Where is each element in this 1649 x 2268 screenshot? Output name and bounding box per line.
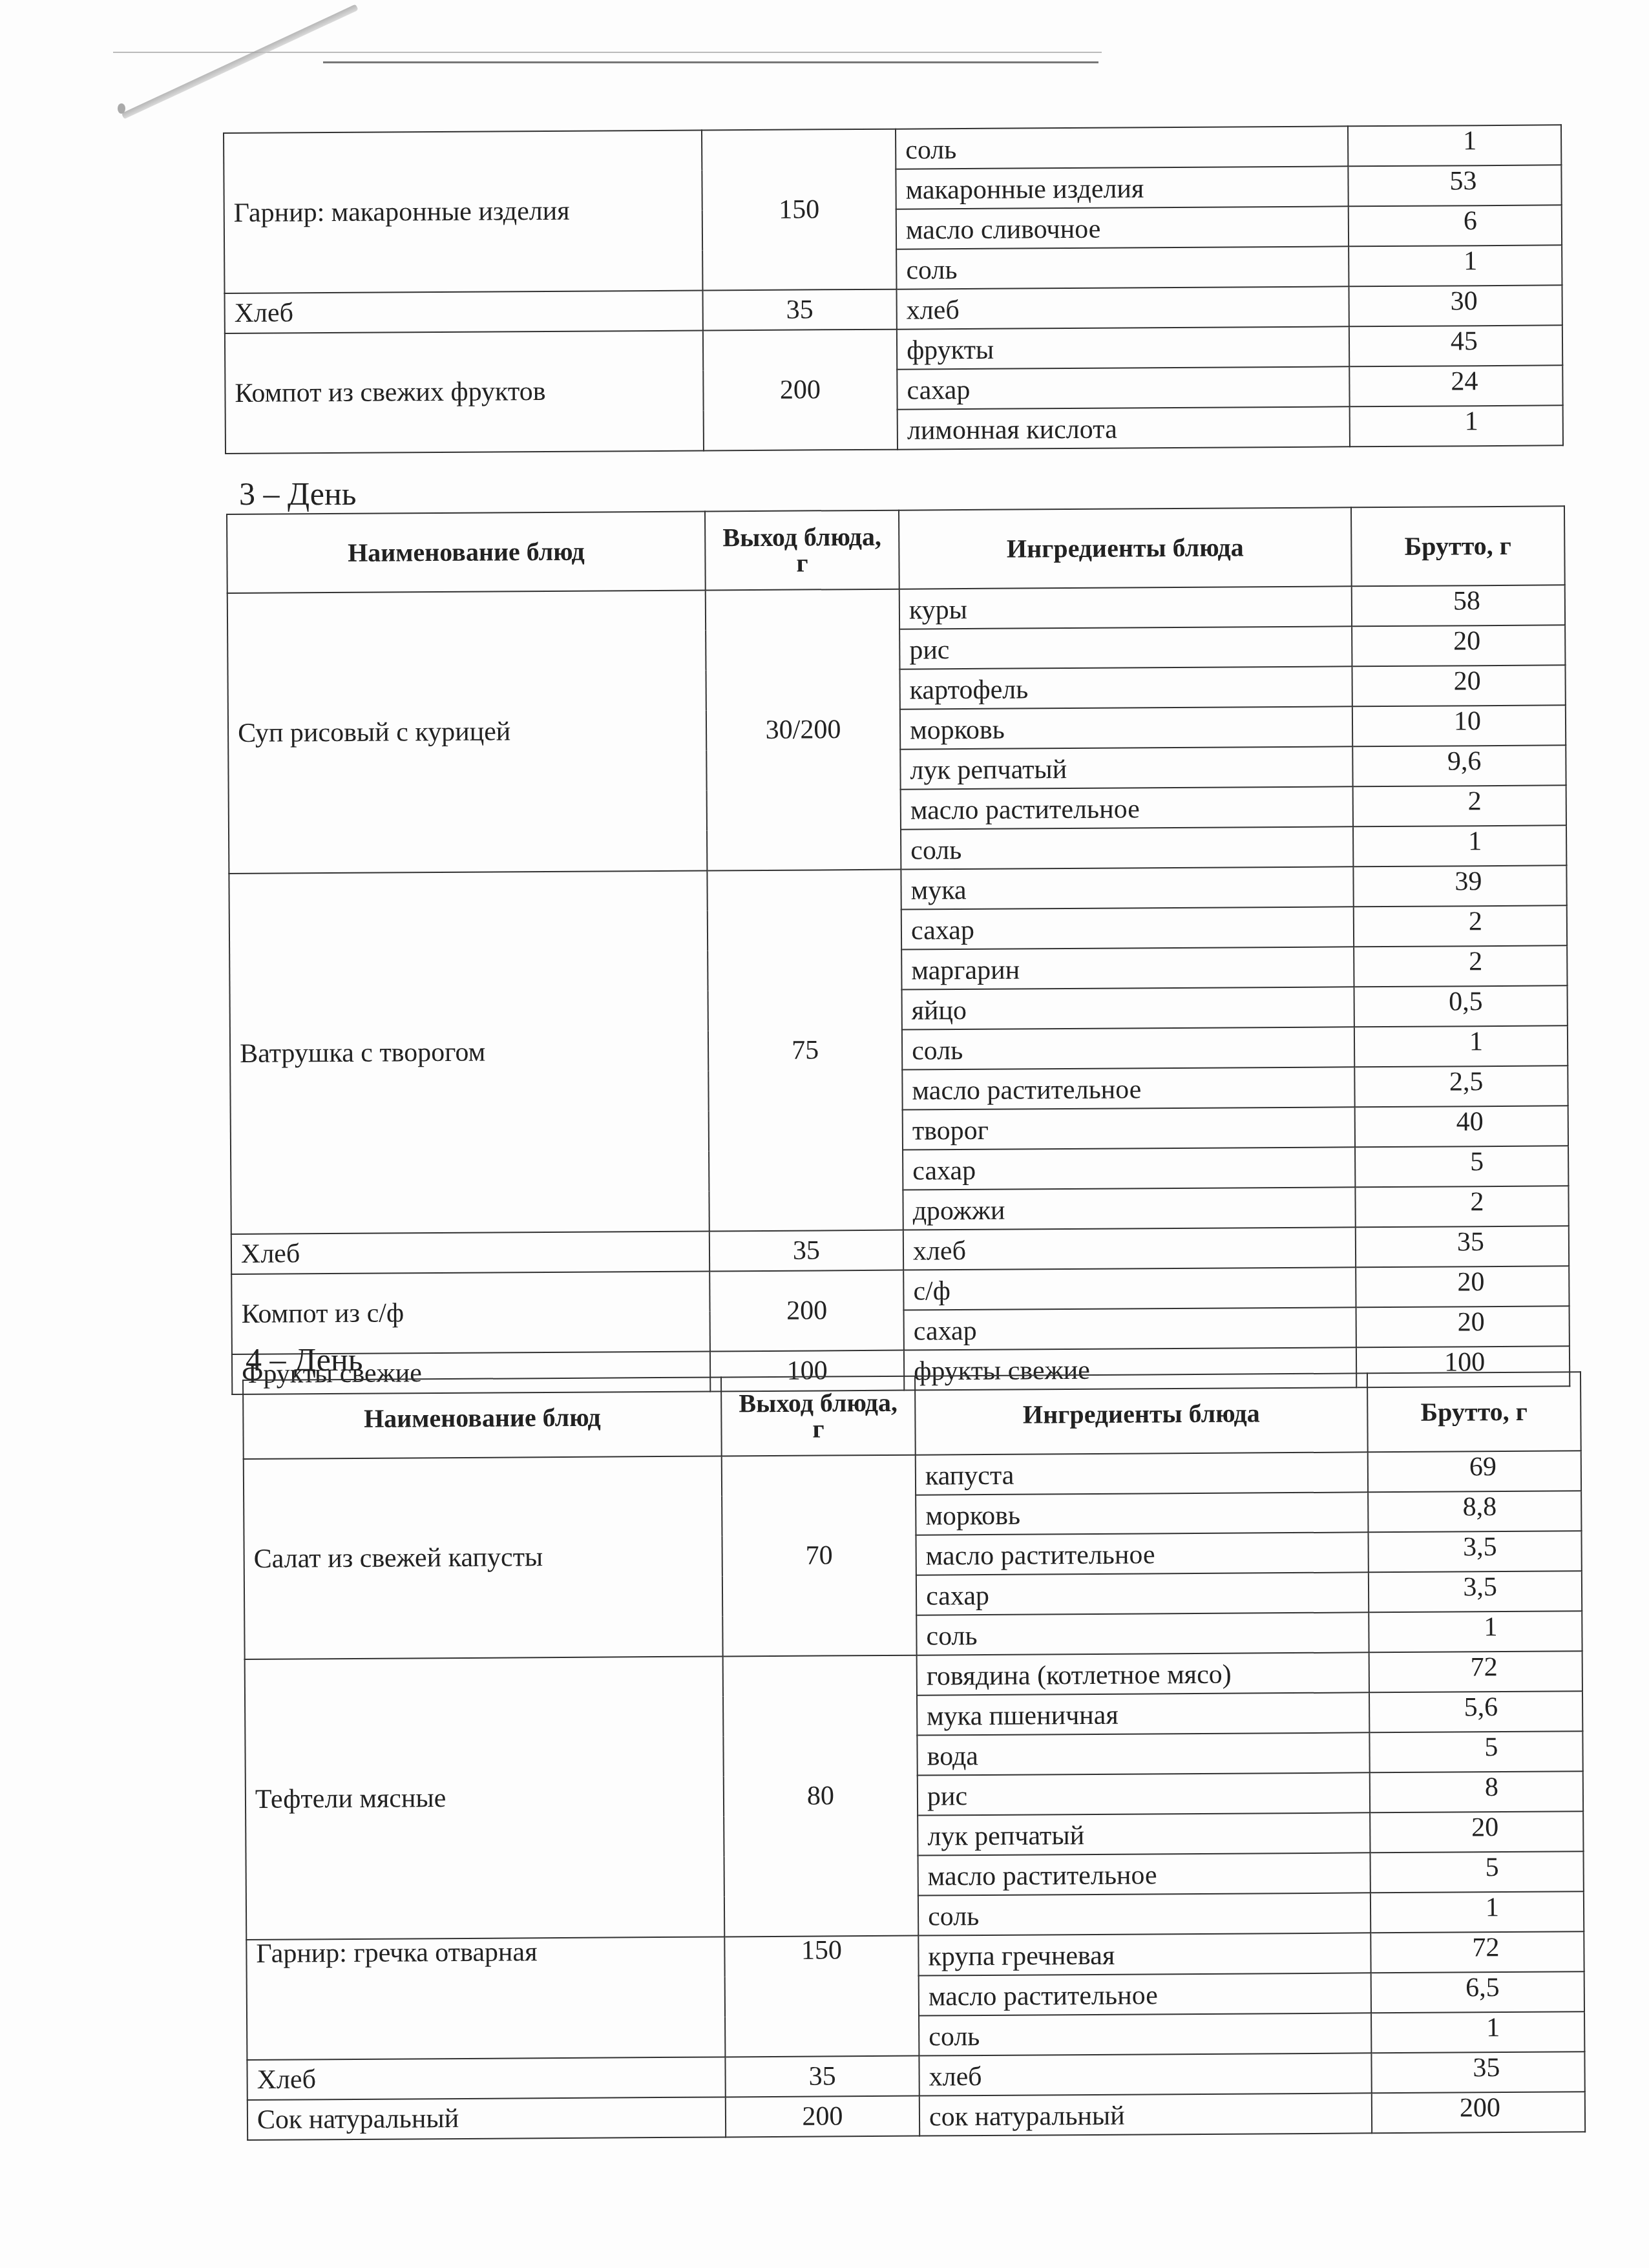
column-header-ingredients: Ингредиенты блюда <box>899 507 1352 589</box>
ingredient-name: лимонная кислота <box>898 406 1350 449</box>
ingredient-name: дрожжи <box>903 1187 1355 1230</box>
table-header-row: Наименование блюдВыход блюда, гИнгредиен… <box>243 1372 1581 1459</box>
ingredient-name: говядина (котлетное мясо) <box>917 1652 1369 1695</box>
dish-name: Гарнир: гречка отварная <box>246 1937 725 2060</box>
ingredient-gross-weight: 8,8 <box>1368 1491 1581 1532</box>
ingredient-gross-weight: 8 <box>1370 1771 1583 1812</box>
dish-name: Салат из свежей капусты <box>244 1456 723 1659</box>
ingredient-gross-weight: 40 <box>1355 1106 1568 1147</box>
ingredient-gross-weight: 35 <box>1356 1226 1569 1267</box>
dish-yield: 75 <box>707 870 903 1232</box>
dish-yield: 35 <box>703 289 897 331</box>
dish-name: Хлеб <box>247 2057 725 2100</box>
ingredient-gross-weight: 5 <box>1371 1851 1584 1893</box>
dish-yield: 150 <box>702 129 897 291</box>
column-header-gross: Брутто, г <box>1351 506 1565 586</box>
ingredient-gross-weight: 58 <box>1352 585 1565 626</box>
ingredient-name: сахар <box>897 366 1349 409</box>
ingredient-gross-weight: 1 <box>1371 2011 1584 2053</box>
ingredient-name: лук репчатый <box>900 746 1352 789</box>
ingredient-gross-weight: 24 <box>1349 365 1562 406</box>
ingredient-gross-weight: 200 <box>1372 2092 1585 2133</box>
ingredient-name: хлеб <box>903 1227 1356 1270</box>
ingredient-gross-weight: 39 <box>1353 865 1566 907</box>
dish-name: Тефтели мясные <box>245 1656 725 1940</box>
column-header-dish: Наименование блюд <box>227 511 706 593</box>
ingredient-name: сахар <box>904 1307 1356 1350</box>
ingredient-name: соль <box>918 1893 1371 1935</box>
ingredient-name: соль <box>896 126 1348 169</box>
ingredient-name: сахар <box>916 1572 1369 1615</box>
ingredient-gross-weight: 53 <box>1348 165 1561 206</box>
column-header-dish: Наименование блюд <box>243 1377 722 1459</box>
ingredient-name: фрукты <box>897 326 1349 369</box>
ingredient-name: соль <box>901 826 1353 869</box>
ingredient-gross-weight: 3,5 <box>1368 1531 1581 1572</box>
day3-menu-table: Наименование блюдВыход блюда, гИнгредиен… <box>226 505 1570 1395</box>
dish-name: Компот из свежих фруктов <box>225 330 704 454</box>
ingredient-name: с/ф <box>903 1267 1356 1310</box>
day3-title: 3 – День <box>239 475 356 512</box>
ingredient-gross-weight: 6 <box>1349 205 1562 246</box>
ingredient-gross-weight: 2 <box>1355 1186 1568 1227</box>
ingredient-name: капуста <box>916 1452 1368 1495</box>
ingredient-gross-weight: 1 <box>1349 245 1562 286</box>
ingredient-gross-weight: 6,5 <box>1371 1971 1584 2013</box>
ingredient-name: соль <box>919 2013 1371 2055</box>
dish-yield: 200 <box>726 2096 919 2137</box>
ingredient-name: крупа гречневая <box>918 1933 1371 1975</box>
day4-menu-table: Наименование блюдВыход блюда, гИнгредиен… <box>242 1371 1586 2141</box>
dish-name: Хлеб <box>225 290 703 333</box>
ingredient-name: маргарин <box>901 947 1354 989</box>
column-header-yield: Выход блюда, г <box>705 510 899 591</box>
dish-name: Ватрушка с творогом <box>229 870 709 1234</box>
ingredient-gross-weight: 20 <box>1356 1306 1570 1347</box>
ingredient-gross-weight: 5 <box>1369 1731 1582 1772</box>
ingredient-gross-weight: 2 <box>1354 905 1567 947</box>
column-header-gross: Брутто, г <box>1367 1372 1581 1452</box>
table-header-row: Наименование блюдВыход блюда, гИнгредиен… <box>227 506 1565 593</box>
ingredient-gross-weight: 69 <box>1368 1451 1581 1492</box>
ingredient-gross-weight: 72 <box>1371 1931 1584 1973</box>
ingredient-gross-weight: 2 <box>1353 785 1566 826</box>
ingredient-gross-weight: 9,6 <box>1352 745 1566 786</box>
ingredient-gross-weight: 45 <box>1349 325 1562 366</box>
ingredient-gross-weight: 35 <box>1371 2052 1584 2093</box>
dish-yield: 150 <box>724 1936 919 2057</box>
ingredient-name: масло сливочное <box>896 206 1349 249</box>
column-header-ingredients: Ингредиенты блюда <box>915 1373 1368 1454</box>
dish-name: Сок натуральный <box>247 2097 726 2140</box>
ingredient-name: макаронные изделия <box>896 166 1348 209</box>
ingredient-gross-weight: 20 <box>1352 625 1565 666</box>
ingredient-name: мука пшеничная <box>917 1692 1369 1735</box>
ingredient-name: лук репчатый <box>918 1812 1370 1855</box>
ingredient-gross-weight: 10 <box>1352 705 1566 746</box>
ingredient-gross-weight: 1 <box>1353 825 1566 866</box>
ingredient-gross-weight: 3,5 <box>1369 1571 1582 1612</box>
ingredient-name: рис <box>899 626 1352 669</box>
ingredient-name: соль <box>902 1027 1354 1069</box>
ingredient-gross-weight: 1 <box>1369 1611 1582 1652</box>
ingredient-name: вода <box>917 1732 1369 1775</box>
ingredient-name: сахар <box>901 907 1354 949</box>
dish-yield: 30/200 <box>706 589 901 871</box>
ingredient-gross-weight: 30 <box>1349 285 1562 326</box>
ingredient-gross-weight: 2 <box>1354 945 1567 987</box>
ingredient-gross-weight: 5,6 <box>1369 1691 1582 1732</box>
dish-yield: 200 <box>709 1270 904 1352</box>
ingredient-name: хлеб <box>919 2053 1371 2095</box>
dish-yield: 80 <box>723 1655 919 1937</box>
dish-name: Суп рисовый с курицей <box>227 590 708 874</box>
continuation-table: Гарнир: макаронные изделия150соль1макаро… <box>223 124 1564 454</box>
ingredient-name: масло растительное <box>918 1853 1371 1895</box>
dish-yield: 35 <box>709 1230 903 1272</box>
ingredient-gross-weight: 1 <box>1371 1891 1584 1933</box>
day4-title: 4 – День <box>246 1341 362 1378</box>
dish-yield: 70 <box>722 1455 917 1657</box>
ingredient-name: картофель <box>899 666 1352 709</box>
ingredient-gross-weight: 20 <box>1356 1266 1569 1307</box>
ingredient-name: соль <box>916 1612 1369 1655</box>
ingredient-name: яйцо <box>902 987 1354 1029</box>
ingredient-gross-weight: 1 <box>1348 125 1561 166</box>
ingredient-name: мука <box>901 866 1353 909</box>
ingredient-name: масло растительное <box>902 1067 1354 1109</box>
table-row: Сок натуральный200сок натуральный200 <box>247 2092 1585 2140</box>
dish-yield: 35 <box>725 2056 919 2097</box>
ingredient-gross-weight: 1 <box>1354 1025 1568 1067</box>
ingredient-name: сахар <box>903 1147 1355 1190</box>
ingredient-name: сок натуральный <box>919 2093 1372 2136</box>
ingredient-gross-weight: 72 <box>1369 1651 1582 1692</box>
ingredient-gross-weight: 5 <box>1355 1146 1568 1187</box>
ingredient-name: масло растительное <box>916 1532 1368 1575</box>
dish-name: Хлеб <box>231 1231 709 1274</box>
ingredient-name: морковь <box>916 1492 1368 1535</box>
ingredient-name: морковь <box>900 706 1352 749</box>
ingredient-name: масло растительное <box>901 786 1353 829</box>
ingredient-gross-weight: 20 <box>1352 665 1565 706</box>
scan-speck <box>118 103 125 114</box>
column-header-yield: Выход блюда, г <box>721 1376 916 1456</box>
dish-name: Гарнир: макаронные изделия <box>224 130 703 293</box>
ingredient-name: соль <box>896 246 1349 289</box>
scan-fold-edge <box>323 61 1098 63</box>
dish-yield: 200 <box>703 330 898 451</box>
ingredient-gross-weight: 1 <box>1350 405 1563 446</box>
ingredient-gross-weight: 20 <box>1370 1811 1583 1853</box>
ingredient-name: рис <box>918 1772 1370 1815</box>
ingredient-name: куры <box>899 586 1352 629</box>
ingredient-name: творог <box>903 1107 1355 1150</box>
ingredient-gross-weight: 2,5 <box>1354 1066 1568 1107</box>
ingredient-name: хлеб <box>897 286 1349 329</box>
ingredient-gross-weight: 0,5 <box>1354 985 1568 1027</box>
ingredient-name: масло растительное <box>919 1973 1371 2015</box>
